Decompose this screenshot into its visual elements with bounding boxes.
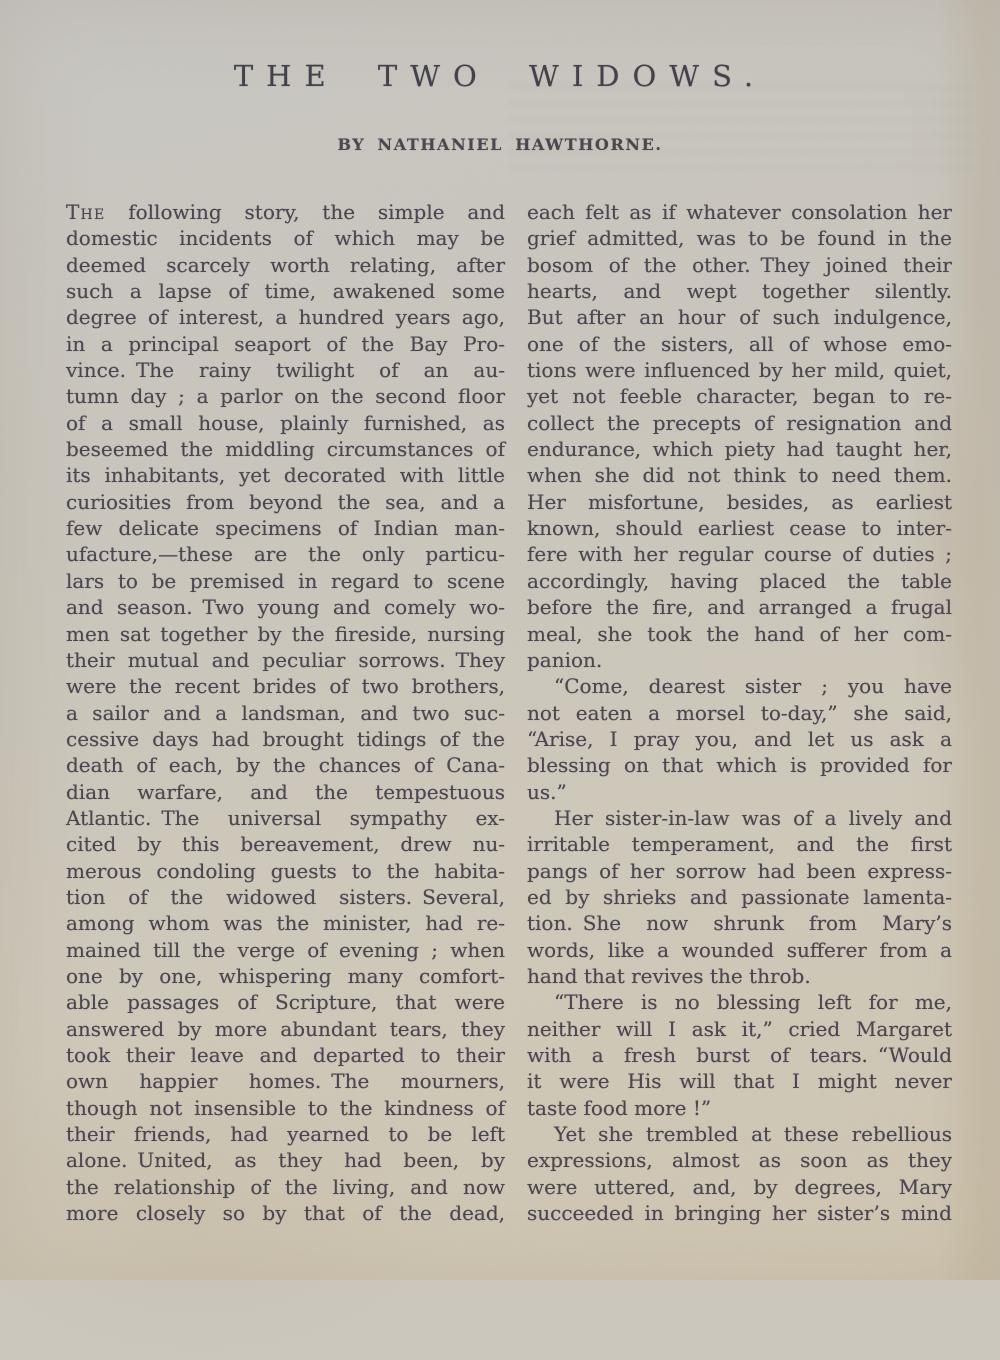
- text-line: ed by shrieks and passionate lamenta-: [527, 884, 952, 910]
- paragraph: “Come, dearest sister ; you havenot eate…: [527, 673, 952, 805]
- text-line: men sat together by the fireside, nursin…: [66, 621, 505, 647]
- text-line: Her misfortune, besides, as earliest: [527, 489, 952, 515]
- story-byline: BY NATHANIEL HAWTHORNE.: [0, 135, 1000, 154]
- text-line: pangs of her sorrow had been express-: [527, 858, 952, 884]
- text-line: in a principal seaport of the Bay Pro-: [66, 331, 505, 357]
- text-line: their mutual and peculiar sorrows. They: [66, 647, 505, 673]
- text-line: own happier homes. The mourners,: [66, 1068, 505, 1094]
- text-line: answered by more abundant tears, they: [66, 1016, 505, 1042]
- text-line: before the fire, and arranged a frugal: [527, 594, 952, 620]
- text-line: its inhabitants, yet decorated with litt…: [66, 462, 505, 488]
- text-line: alone. United, as they had been, by: [66, 1147, 505, 1173]
- text-line: curiosities from beyond the sea, and a: [66, 489, 505, 515]
- text-line: with a fresh burst of tears. “Would: [527, 1042, 952, 1068]
- text-line: few delicate specimens of Indian man-: [66, 515, 505, 541]
- text-line: tumn day ; a parlor on the second floor: [66, 383, 505, 409]
- text-line: “Arise, I pray you, and let us ask a: [527, 726, 952, 752]
- text-line: vince. The rainy twilight of an au-: [66, 357, 505, 383]
- paragraph: each felt as if whatever consolation her…: [527, 199, 952, 673]
- text-line: panion.: [527, 647, 952, 673]
- text-line: merous condoling guests to the habita-: [66, 858, 505, 884]
- text-line: of a small house, plainly furnished, as: [66, 410, 505, 436]
- text-line: each felt as if whatever consolation her: [527, 199, 952, 225]
- text-line: were uttered, and, by degrees, Mary: [527, 1174, 952, 1200]
- text-line: expressions, almost as soon as they: [527, 1147, 952, 1173]
- text-line: dian warfare, and the tempestuous: [66, 779, 505, 805]
- text-line: beseemed the middling circumstances of: [66, 436, 505, 462]
- text-line: able passages of Scripture, that were: [66, 989, 505, 1015]
- text-line: such a lapse of time, awakened some: [66, 278, 505, 304]
- text-line: hand that revives the throb.: [527, 963, 952, 989]
- text-column-left: The following story, the simple anddomes…: [66, 199, 505, 1226]
- text-line: neither will I ask it,” cried Margaret: [527, 1016, 952, 1042]
- paragraph: The following story, the simple anddomes…: [66, 199, 505, 1226]
- text-line: one of the sisters, all of whose emo-: [527, 331, 952, 357]
- text-line: took their leave and departed to their: [66, 1042, 505, 1068]
- text-line: yet not feeble character, began to re-: [527, 383, 952, 409]
- text-line: tion of the widowed sisters. Several,: [66, 884, 505, 910]
- text-line: a sailor and a landsman, and two suc-: [66, 700, 505, 726]
- text-line: not eaten a morsel to-day,” she said,: [527, 700, 952, 726]
- text-line: meal, she took the hand of her com-: [527, 621, 952, 647]
- ink-showthrough: [510, 86, 970, 182]
- text-line: tions were influenced by her mild, quiet…: [527, 357, 952, 383]
- text-line: when she did not think to need them.: [527, 462, 952, 488]
- story-title: THE TWO WIDOWS.: [0, 59, 1000, 93]
- paragraph: Yet she trembled at these rebelliousexpr…: [527, 1121, 952, 1226]
- text-line: ufacture,—these are the only particu-: [66, 541, 505, 567]
- text-line: The following story, the simple and: [66, 199, 505, 225]
- text-column-right: each felt as if whatever consolation her…: [527, 199, 952, 1226]
- text-line: accordingly, having placed the table: [527, 568, 952, 594]
- text-line: among whom was the minister, had re-: [66, 910, 505, 936]
- text-line: irritable temperament, and the first: [527, 831, 952, 857]
- text-line: taste food more !”: [527, 1095, 952, 1121]
- text-line: cited by this bereavement, drew nu-: [66, 831, 505, 857]
- text-line: Yet she trembled at these rebellious: [527, 1121, 952, 1147]
- text-line: the relationship of the living, and now: [66, 1174, 505, 1200]
- text-line: degree of interest, a hundred years ago,: [66, 304, 505, 330]
- text-line: their friends, had yearned to be left: [66, 1121, 505, 1147]
- text-line: hearts, and wept together silently.: [527, 278, 952, 304]
- text-line: us.”: [527, 779, 952, 805]
- text-line: collect the precepts of resignation and: [527, 410, 952, 436]
- text-line: domestic incidents of which may be: [66, 225, 505, 251]
- text-line: “Come, dearest sister ; you have: [527, 673, 952, 699]
- text-line: it were His will that I might never: [527, 1068, 952, 1094]
- text-line: blessing on that which is provided for: [527, 752, 952, 778]
- text-line: succeeded in bringing her sister’s mind: [527, 1200, 952, 1226]
- text-line: cessive days had brought tidings of the: [66, 726, 505, 752]
- text-line: “There is no blessing left for me,: [527, 989, 952, 1015]
- paragraph: “There is no blessing left for me,neithe…: [527, 989, 952, 1121]
- text-line: and season. Two young and comely wo-: [66, 594, 505, 620]
- paragraph: Her sister-in-law was of a lively andirr…: [527, 805, 952, 989]
- text-line: though not insensible to the kindness of: [66, 1095, 505, 1121]
- text-line: more closely so by that of the dead,: [66, 1200, 505, 1226]
- text-line: death of each, by the chances of Cana-: [66, 752, 505, 778]
- text-line: grief admitted, was to be found in the: [527, 225, 952, 251]
- text-line: lars to be premised in regard to scene: [66, 568, 505, 594]
- lead-smallcaps-word: The: [66, 200, 105, 224]
- text-line: were the recent brides of two brothers,: [66, 673, 505, 699]
- text-line: one by one, whispering many comfort-: [66, 963, 505, 989]
- text-line: Atlantic. The universal sympathy ex-: [66, 805, 505, 831]
- text-line: tion. She now shrunk from Mary’s: [527, 910, 952, 936]
- text-line: But after an hour of such indulgence,: [527, 304, 952, 330]
- text-line: endurance, which piety had taught her,: [527, 436, 952, 462]
- text-line: mained till the verge of evening ; when: [66, 937, 505, 963]
- text-line: fere with her regular course of duties ;: [527, 541, 952, 567]
- book-page: THE TWO WIDOWS. BY NATHANIEL HAWTHORNE. …: [0, 0, 1000, 1280]
- text-line: known, should earliest cease to inter-: [527, 515, 952, 541]
- text-line: words, like a wounded sufferer from a: [527, 937, 952, 963]
- text-line: bosom of the other. They joined their: [527, 252, 952, 278]
- text-line: Her sister-in-law was of a lively and: [527, 805, 952, 831]
- text-line: deemed scarcely worth relating, after: [66, 252, 505, 278]
